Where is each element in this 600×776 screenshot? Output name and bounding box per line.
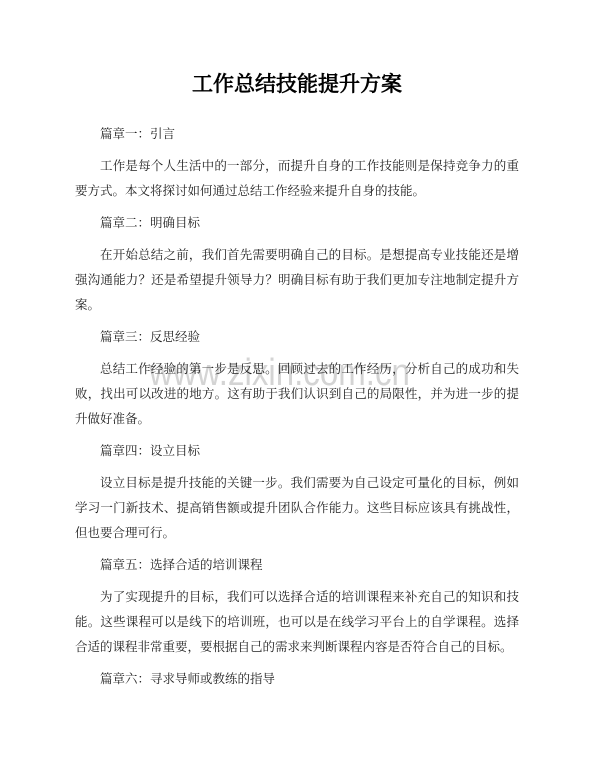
section-heading-5: 篇章五：选择合适的培训课程 xyxy=(75,553,519,578)
section-paragraph-1: 工作是每个人生活中的一部分，而提升自身的工作技能则是保持竞争力的重要方式。本文将… xyxy=(75,154,519,204)
document-content: 工作总结技能提升方案 篇章一：引言 工作是每个人生活中的一部分，而提升自身的工作… xyxy=(75,70,519,699)
document-page: www.zixin.com.cn 工作总结技能提升方案 篇章一：引言 工作是每个… xyxy=(0,0,600,776)
section-paragraph-3: 总结工作经验的第一步是反思。回顾过去的工作经历，分析自己的成功和失败，找出可以改… xyxy=(75,357,519,432)
section-heading-6: 篇章六：寻求导师或教练的指导 xyxy=(75,667,519,692)
section-heading-1: 篇章一：引言 xyxy=(75,122,519,147)
section-heading-4: 篇章四：设立目标 xyxy=(75,439,519,464)
section-paragraph-5: 为了实现提升的目标，我们可以选择合适的培训课程来补充自己的知识和技能。这些课程可… xyxy=(75,585,519,660)
section-paragraph-4: 设立目标是提升技能的关键一步。我们需要为自己设定可量化的目标，例如学习一门新技术… xyxy=(75,471,519,546)
section-paragraph-2: 在开始总结之前，我们首先需要明确自己的目标。是想提高专业技能还是增强沟通能力？还… xyxy=(75,243,519,318)
document-title: 工作总结技能提升方案 xyxy=(75,70,519,100)
section-heading-2: 篇章二：明确目标 xyxy=(75,211,519,236)
section-heading-3: 篇章三：反思经验 xyxy=(75,325,519,350)
